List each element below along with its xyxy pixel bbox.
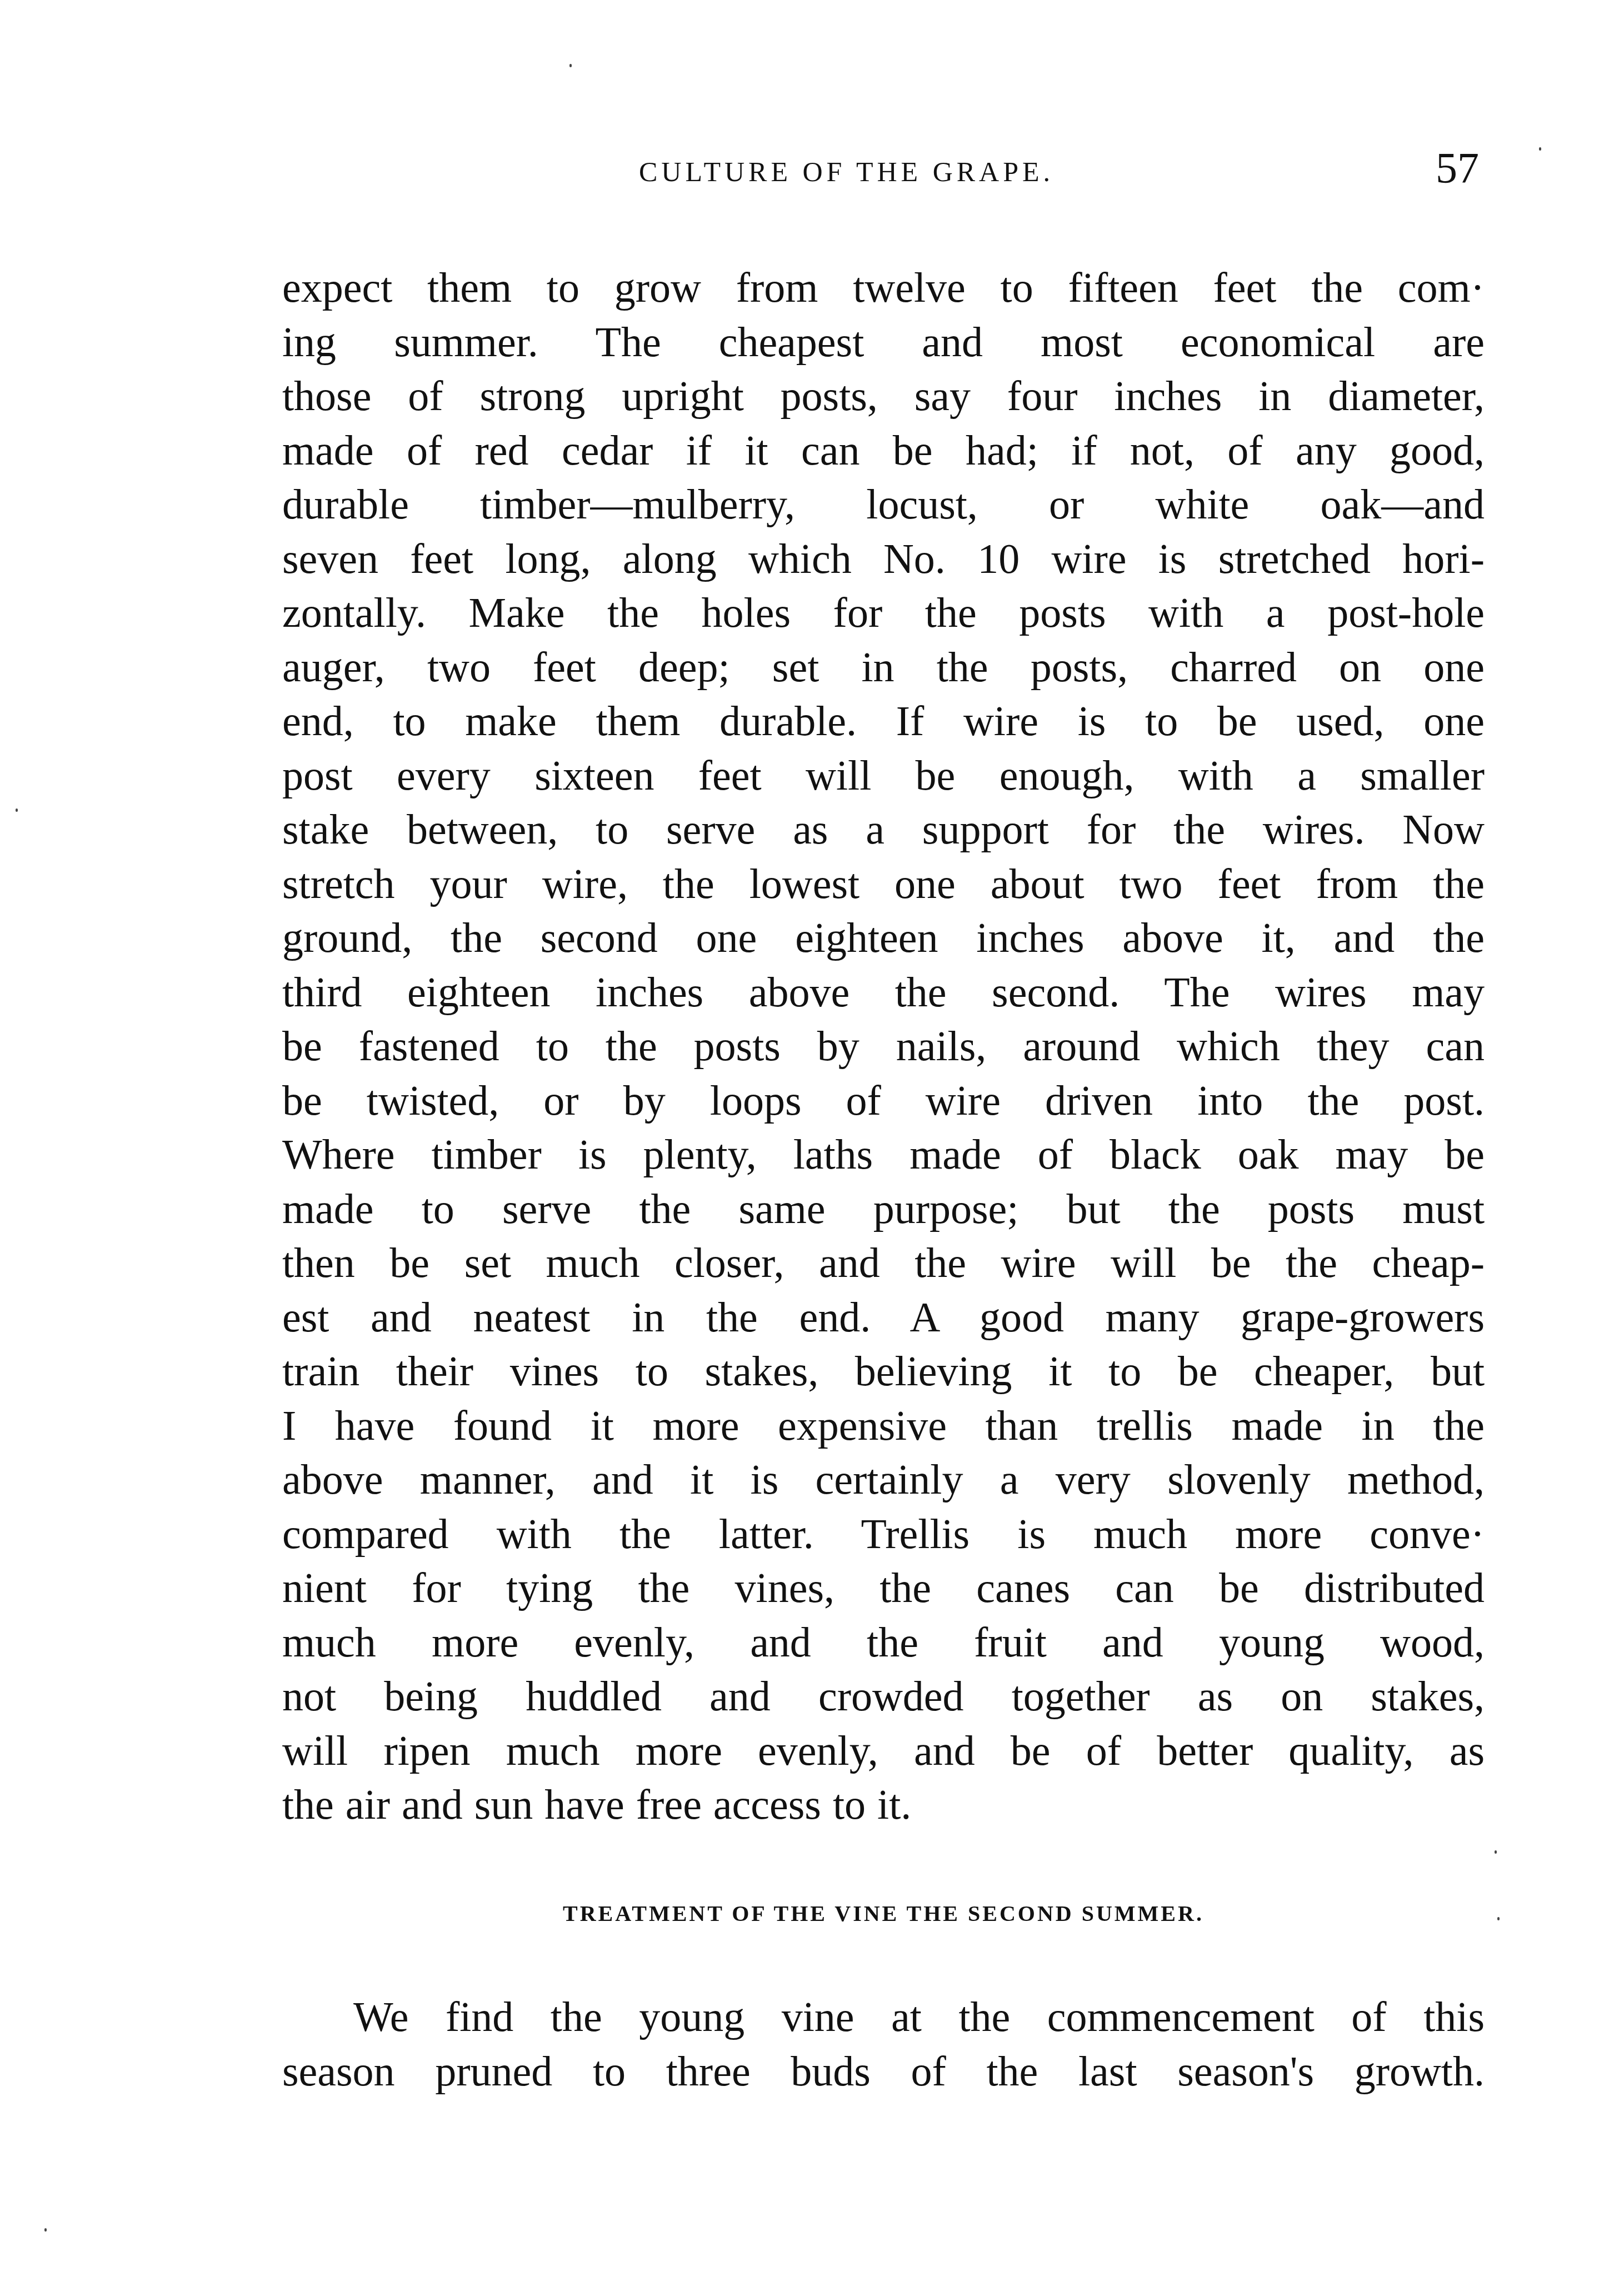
- text-line: compared with the latter. Trellis is muc…: [282, 1508, 1485, 1562]
- text-line: made to serve the same purpose; but the …: [282, 1182, 1485, 1237]
- text-line: the air and sun have free access to it.: [282, 1778, 1485, 1833]
- text-line: then be set much closer, and the wire wi…: [282, 1236, 1485, 1291]
- text-line: ing summer. The cheapest and most econom…: [282, 316, 1485, 370]
- text-line: est and neatest in the end. A good many …: [282, 1291, 1485, 1345]
- text-line: zontally. Make the holes for the posts w…: [282, 586, 1485, 641]
- text-line: be fastened to the posts by nails, aroun…: [282, 1020, 1485, 1074]
- text-line: durable timber—mulberry, locust, or whit…: [282, 478, 1485, 532]
- text-line: ground, the second one eighteen inches a…: [282, 911, 1485, 966]
- scan-speck: [1497, 1917, 1500, 1920]
- text-line: Where timber is plenty, laths made of bl…: [282, 1128, 1485, 1182]
- scan-speck: [16, 808, 18, 812]
- text-line: expect them to grow from twelve to fifte…: [282, 261, 1485, 316]
- text-line: We find the young vine at the commenceme…: [282, 1990, 1485, 2045]
- text-line: end, to make them durable. If wire is to…: [282, 695, 1485, 749]
- section-heading: TREATMENT OF THE VINE THE SECOND SUMMER.: [283, 1900, 1483, 1926]
- text-line: nient for tying the vines, the canes can…: [282, 1561, 1485, 1616]
- text-line: post every sixteen feet will be enough, …: [282, 749, 1485, 803]
- scan-speck: [44, 2228, 47, 2232]
- text-line: those of strong upright posts, say four …: [282, 370, 1485, 424]
- text-line: made of red cedar if it can be had; if n…: [282, 424, 1485, 478]
- page-number: 57: [1436, 146, 1479, 190]
- text-line: stake between, to serve as a support for…: [282, 803, 1485, 857]
- text-line: season pruned to three buds of the last …: [282, 2045, 1485, 2099]
- text-line: not being huddled and crowded together a…: [282, 1670, 1485, 1724]
- text-line: above manner, and it is certainly a very…: [282, 1453, 1485, 1508]
- text-line: seven feet long, along which No. 10 wire…: [282, 532, 1485, 587]
- scan-speck: [569, 64, 572, 67]
- scan-speck: [1539, 147, 1541, 151]
- book-page: CULTURE OF THE GRAPE. 57 expect them to …: [0, 0, 1624, 2296]
- text-line: will ripen much more evenly, and be of b…: [282, 1724, 1485, 1779]
- scan-speck: [1495, 1850, 1497, 1854]
- text-line: auger, two feet deep; set in the posts, …: [282, 641, 1485, 695]
- text-line: much more evenly, and the fruit and youn…: [282, 1616, 1485, 1670]
- text-line: train their vines to stakes, believing i…: [282, 1345, 1485, 1399]
- paragraph-second-summer: We find the young vine at the commenceme…: [282, 1990, 1485, 2099]
- paragraph-trellis: expect them to grow from twelve to fifte…: [282, 261, 1485, 1833]
- running-head: CULTURE OF THE GRAPE. 57: [283, 146, 1483, 190]
- text-line: I have found it more expensive than trel…: [282, 1399, 1485, 1454]
- running-title: CULTURE OF THE GRAPE.: [639, 156, 1054, 188]
- text-line: third eighteen inches above the second. …: [282, 966, 1485, 1020]
- text-line: stretch your wire, the lowest one about …: [282, 857, 1485, 912]
- text-line: be twisted, or by loops of wire driven i…: [282, 1074, 1485, 1129]
